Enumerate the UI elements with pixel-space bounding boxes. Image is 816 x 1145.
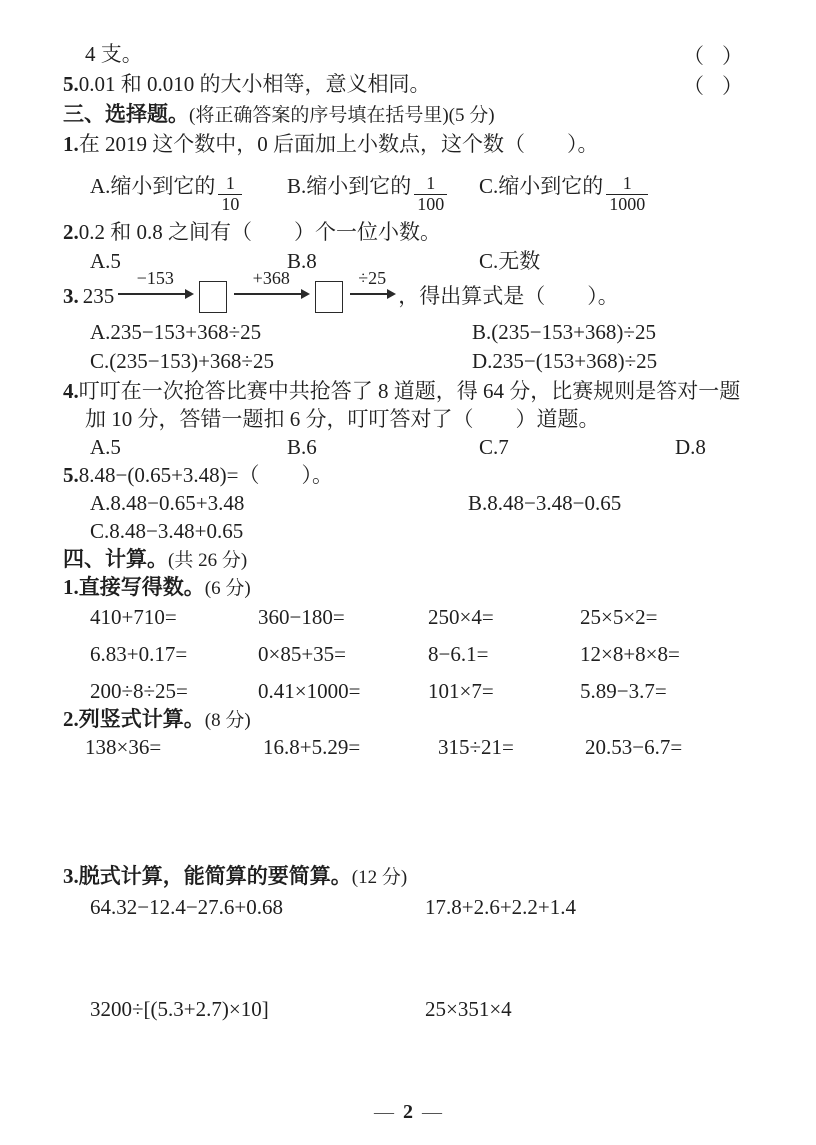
calc-item: 5.89−3.7= [580, 677, 667, 705]
bracket-open: （ [683, 70, 704, 100]
section4-title-note: (共 26 分) [168, 550, 247, 571]
bracket-close: ） [722, 70, 743, 100]
s4-q2-heading: 2.列竖式计算。(8 分) [63, 705, 816, 735]
arrow-shaft-icon [234, 293, 308, 295]
calc-item: 250×4= [428, 603, 494, 631]
s3-q5-text: 8.48−(0.65+3.48)=（ ）。 [79, 463, 333, 487]
s3-q1-option-c: C.缩小到它的11000 [479, 172, 648, 215]
s3-q2-text: 0.2 和 0.8 之间有（ ）个一位小数。 [79, 220, 441, 244]
calc-item: 360−180= [258, 603, 345, 631]
arrow-divide-25: ÷25 [350, 268, 394, 295]
s4-q3-text: 脱式计算，能简算的要简算。 [79, 864, 352, 888]
arrow-minus-153: −153 [118, 268, 192, 295]
calc-item: 6.83+0.17= [90, 640, 187, 668]
arrow-shaft-icon [350, 293, 394, 295]
s3-q1-option-a: A.缩小到它的110 [90, 172, 242, 215]
s3-q5-stem: 5.8.48−(0.65+3.48)=（ ）。 [63, 461, 816, 489]
fraction: 11000 [606, 174, 648, 215]
s3-q5-number: 5. [63, 463, 79, 487]
calc-item: 0×85+35= [258, 640, 346, 668]
s3-q5-option-a: A.8.48−0.65+3.48 [90, 489, 244, 517]
s4-q2-number: 2. [63, 707, 79, 731]
empty-answer-box [315, 281, 343, 313]
s4-q1-note: (6 分) [205, 578, 251, 599]
arrow3-label: ÷25 [358, 268, 386, 288]
s3-q5-option-b: B.8.48−3.48−0.65 [468, 489, 621, 517]
section4-title: 四、计算。 [63, 547, 168, 571]
section3-heading: 三、选择题。(将正确答案的序号填在括号里)(5 分) [63, 100, 816, 130]
empty-answer-box [199, 281, 227, 313]
s3-q3-flow-diagram: 3. 235 −153 +368 ÷25 ，得出算式是（ ）。 [63, 268, 619, 313]
arrow1-label: −153 [137, 268, 174, 288]
s3-q4-option-c: C.7 [479, 433, 509, 461]
calc-item: 64.32−12.4−27.6+0.68 [90, 893, 283, 921]
s3-q4-number: 4. [63, 379, 79, 403]
calc-item: 25×351×4 [425, 995, 512, 1023]
calc-item: 315÷21= [438, 733, 514, 761]
s4-q1-heading: 1.直接写得数。(6 分) [63, 573, 816, 603]
s3-q1-text: 在 2019 这个数中，0 后面加上小数点，这个数（ ）。 [79, 132, 599, 156]
s3-q2-number: 2. [63, 220, 79, 244]
calc-item: 3200÷[(5.3+2.7)×10] [90, 995, 269, 1023]
s4-q1-text: 直接写得数。 [79, 575, 205, 599]
section3-title: 三、选择题。 [63, 102, 189, 126]
s3-q4-option-b: B.6 [287, 433, 317, 461]
s4-q1-number: 1. [63, 575, 79, 599]
calc-item: 101×7= [428, 677, 494, 705]
s3-q3-option-c: C.(235−153)+368÷25 [90, 347, 274, 375]
s3-q4-stem-line1: 4.叮叮在一次抢答比赛中共抢答了 8 道题，得 64 分，比赛规则是答对一题 [63, 377, 816, 405]
s3-q1-number: 1. [63, 132, 79, 156]
s3-q4-option-d: D.8 [675, 433, 706, 461]
s3-q3-option-d: D.235−(153+368)÷25 [472, 347, 657, 375]
s3-q2-stem: 2.0.2 和 0.8 之间有（ ）个一位小数。 [63, 218, 816, 246]
s4-q3-number: 3. [63, 864, 79, 888]
s3-q3-number: 3. [63, 282, 79, 310]
s4-q2-text: 列竖式计算。 [79, 707, 205, 731]
s4-q2-note: (8 分) [205, 710, 251, 731]
page-number: 2 [403, 1101, 413, 1124]
s3-q4-text-line2: 加 10 分，答错一题扣 6 分，叮叮答对了（ ）道题。 [85, 407, 600, 431]
judgement-item4-answer-brackets: （ ） [683, 40, 743, 70]
calc-item: 16.8+5.29= [263, 733, 360, 761]
s3-q4-text-line1: 叮叮在一次抢答比赛中共抢答了 8 道题，得 64 分，比赛规则是答对一题 [79, 379, 741, 403]
section3-title-note: (将正确答案的序号填在括号里)(5 分) [189, 105, 495, 126]
calc-item: 138×36= [85, 733, 161, 761]
s3-q3-option-b: B.(235−153+368)÷25 [472, 318, 656, 346]
s3-q3-option-a: A.235−153+368÷25 [90, 318, 261, 346]
calc-item: 17.8+2.6+2.2+1.4 [425, 893, 576, 921]
s3-q4-stem-line2: 加 10 分，答错一题扣 6 分，叮叮答对了（ ）道题。 [85, 405, 816, 433]
judgement-item4-text: 4 支。 [85, 40, 143, 68]
bracket-close: ） [722, 40, 743, 70]
bracket-open: （ [683, 40, 704, 70]
calc-item: 20.53−6.7= [585, 733, 682, 761]
s3-q5-option-c: C.8.48−3.48+0.65 [90, 517, 243, 545]
judgement-item5-answer-brackets: （ ） [683, 70, 743, 100]
calc-item: 8−6.1= [428, 640, 488, 668]
exam-paper-page: 4 支。 （ ） 5.0.01 和 0.010 的大小相等，意义相同。 （ ） … [0, 0, 816, 1145]
fraction: 1100 [414, 174, 447, 215]
footer-dash-left: — [374, 1101, 394, 1124]
s3-q3-tail-text: ，得出算式是（ ）。 [398, 282, 619, 310]
arrow2-label: +368 [253, 268, 290, 288]
arrow-shaft-icon [118, 293, 192, 295]
calc-item: 12×8+8×8= [580, 640, 680, 668]
judgement-item5-number: 5. [63, 72, 79, 96]
s3-q3-start-number: 235 [83, 282, 115, 310]
calc-item: 410+710= [90, 603, 177, 631]
s3-q1-stem: 1.在 2019 这个数中，0 后面加上小数点，这个数（ ）。 [63, 130, 816, 158]
judgement-item5-text: 0.01 和 0.010 的大小相等，意义相同。 [79, 72, 431, 96]
page-footer: — 2 — [0, 1101, 816, 1124]
calc-item: 0.41×1000= [258, 677, 360, 705]
calc-item: 200÷8÷25= [90, 677, 188, 705]
s4-q3-note: (12 分) [352, 867, 407, 888]
s4-q3-heading: 3.脱式计算，能简算的要简算。(12 分) [63, 862, 816, 892]
footer-dash-right: — [422, 1101, 442, 1124]
fraction: 110 [218, 174, 242, 215]
arrow-plus-368: +368 [234, 268, 308, 295]
s3-q4-option-a: A.5 [90, 433, 121, 461]
calc-item: 25×5×2= [580, 603, 658, 631]
section4-heading: 四、计算。(共 26 分) [63, 545, 816, 575]
s3-q1-option-b: B.缩小到它的1100 [287, 172, 447, 215]
